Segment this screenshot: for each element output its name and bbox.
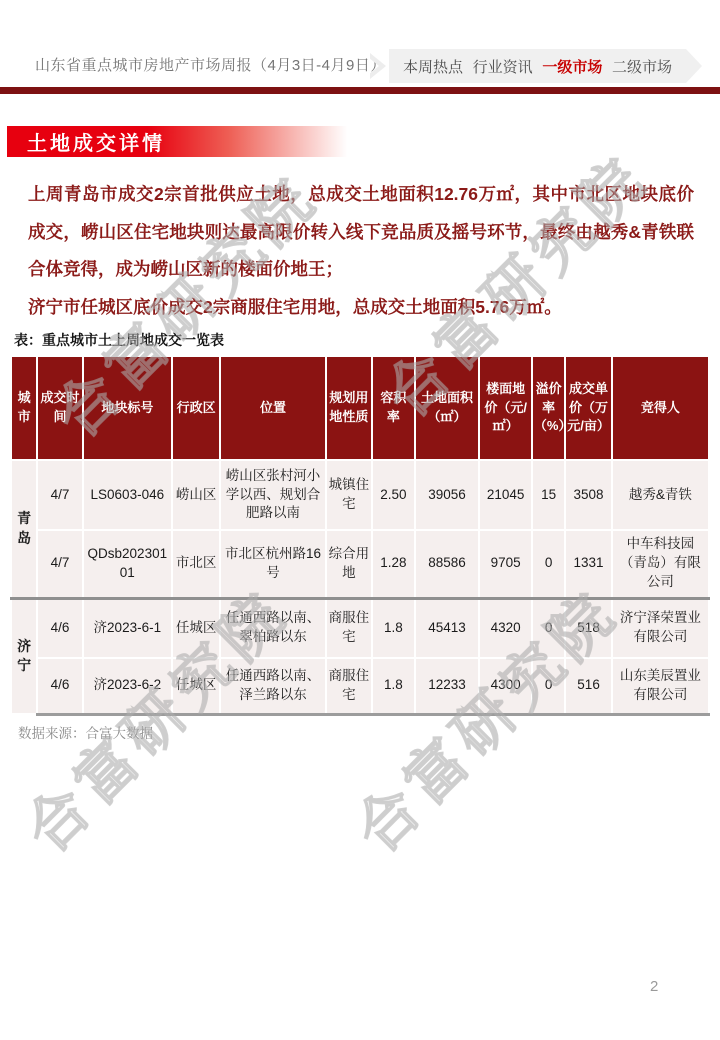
table-cell: 4/7 — [37, 460, 83, 530]
table-cell: 0 — [532, 530, 565, 598]
column-header: 城市 — [11, 356, 37, 460]
table-row: 青岛4/7LS0603-046崂山区崂山区张村河小学以西、规划合肥路以南城镇住宅… — [11, 460, 709, 530]
page-number: 2 — [650, 978, 658, 995]
table-cell: 商服住宅 — [326, 598, 373, 658]
table-cell: 任城区 — [172, 658, 221, 714]
table-cell: 88586 — [415, 530, 480, 598]
summary-paragraphs: 上周青岛市成交2宗首批供应土地，总成交土地面积12.76万㎡，其中市北区地块底价… — [28, 176, 694, 326]
summary-paragraph: 上周青岛市成交2宗首批供应土地，总成交土地面积12.76万㎡，其中市北区地块底价… — [28, 176, 694, 289]
page: 山东省重点城市房地产市场周报（4月3日-4月9日） 本周热点行业资讯一级市场二级… — [0, 0, 720, 1040]
table-cell: 9705 — [479, 530, 532, 598]
table-cell: 4320 — [479, 598, 532, 658]
summary-paragraph: 济宁市任城区底价成交2宗商服住宅用地，总成交土地面积5.76万㎡。 — [28, 289, 694, 327]
table-body: 青岛4/7LS0603-046崂山区崂山区张村河小学以西、规划合肥路以南城镇住宅… — [11, 460, 709, 714]
section-title: 土地成交详情 — [7, 127, 165, 156]
table-cell: 城镇住宅 — [326, 460, 373, 530]
table-cell: 山东美辰置业有限公司 — [612, 658, 709, 714]
table-cell: 1.8 — [372, 658, 414, 714]
table-row: 济宁4/6济2023-6-1任城区任通西路以南、翠柏路以东商服住宅1.84541… — [11, 598, 709, 658]
table-cell: 12233 — [415, 658, 480, 714]
table-cell: 15 — [532, 460, 565, 530]
table-cell: 21045 — [479, 460, 532, 530]
column-header: 楼面地价（元/㎡） — [479, 356, 532, 460]
table-cell: 4/6 — [37, 598, 83, 658]
land-transactions-table: 城市成交时间地块标号行政区位置规划用地性质容积率土地面积（㎡）楼面地价（元/㎡）… — [10, 355, 710, 716]
chevron-right-icon — [370, 53, 386, 79]
tab-4[interactable]: 二级市场 — [612, 56, 672, 77]
tab-1[interactable]: 本周热点 — [403, 56, 463, 77]
table-cell: 1.8 — [372, 598, 414, 658]
column-header: 规划用地性质 — [326, 356, 373, 460]
table-cell: 4/7 — [37, 530, 83, 598]
column-header: 竞得人 — [612, 356, 709, 460]
table-cell: 综合用地 — [326, 530, 373, 598]
column-header: 位置 — [220, 356, 325, 460]
table-row: 4/7QDsb20230101市北区市北区杭州路16号综合用地1.2888586… — [11, 530, 709, 598]
city-cell: 青岛 — [11, 460, 37, 598]
table-cell: 516 — [565, 658, 612, 714]
table-cell: 0 — [532, 598, 565, 658]
table-cell: 中车科技园（青岛）有限公司 — [612, 530, 709, 598]
table-cell: 济2023-6-1 — [83, 598, 172, 658]
table-cell: 任通西路以南、泽兰路以东 — [220, 658, 325, 714]
table-cell: 2.50 — [372, 460, 414, 530]
table-cell: 1.28 — [372, 530, 414, 598]
nav-tabs: 本周热点行业资讯一级市场二级市场 — [370, 49, 702, 83]
tab-2[interactable]: 行业资讯 — [473, 56, 533, 77]
report-title: 山东省重点城市房地产市场周报（4月3日-4月9日） — [35, 54, 386, 75]
table-cell: 0 — [532, 658, 565, 714]
table-cell: 任城区 — [172, 598, 221, 658]
column-header: 成交单价（万元/亩） — [565, 356, 612, 460]
column-header: 溢价率（%） — [532, 356, 565, 460]
table-row: 4/6济2023-6-2任城区任通西路以南、泽兰路以东商服住宅1.8122334… — [11, 658, 709, 714]
nav-band: 本周热点行业资讯一级市场二级市场 — [389, 49, 702, 83]
table-cell: 4/6 — [37, 658, 83, 714]
table-cell: 45413 — [415, 598, 480, 658]
table-caption: 表：重点城市土上周地成交一览表 — [14, 330, 224, 350]
column-header: 土地面积（㎡） — [415, 356, 480, 460]
table-cell: LS0603-046 — [83, 460, 172, 530]
table-cell: 3508 — [565, 460, 612, 530]
column-header: 地块标号 — [83, 356, 172, 460]
column-header: 行政区 — [172, 356, 221, 460]
table-cell: 4300 — [479, 658, 532, 714]
table-cell: 市北区 — [172, 530, 221, 598]
table-cell: 518 — [565, 598, 612, 658]
table-cell: QDsb20230101 — [83, 530, 172, 598]
tab-3[interactable]: 一级市场 — [542, 56, 602, 77]
table-header-row: 城市成交时间地块标号行政区位置规划用地性质容积率土地面积（㎡）楼面地价（元/㎡）… — [11, 356, 709, 460]
table-cell: 崂山区 — [172, 460, 221, 530]
table-cell: 1331 — [565, 530, 612, 598]
header-divider — [0, 87, 720, 94]
section-title-banner: 土地成交详情 — [7, 126, 377, 157]
table-cell: 商服住宅 — [326, 658, 373, 714]
table-cell: 市北区杭州路16号 — [220, 530, 325, 598]
table-cell: 崂山区张村河小学以西、规划合肥路以南 — [220, 460, 325, 530]
table-cell: 任通西路以南、翠柏路以东 — [220, 598, 325, 658]
data-source: 数据来源：合富大数据 — [18, 722, 153, 742]
table-cell: 越秀&青铁 — [612, 460, 709, 530]
table-cell: 济宁泽荣置业有限公司 — [612, 598, 709, 658]
column-header: 容积率 — [372, 356, 414, 460]
city-cell: 济宁 — [11, 598, 37, 714]
table-cell: 济2023-6-2 — [83, 658, 172, 714]
column-header: 成交时间 — [37, 356, 83, 460]
table-cell: 39056 — [415, 460, 480, 530]
